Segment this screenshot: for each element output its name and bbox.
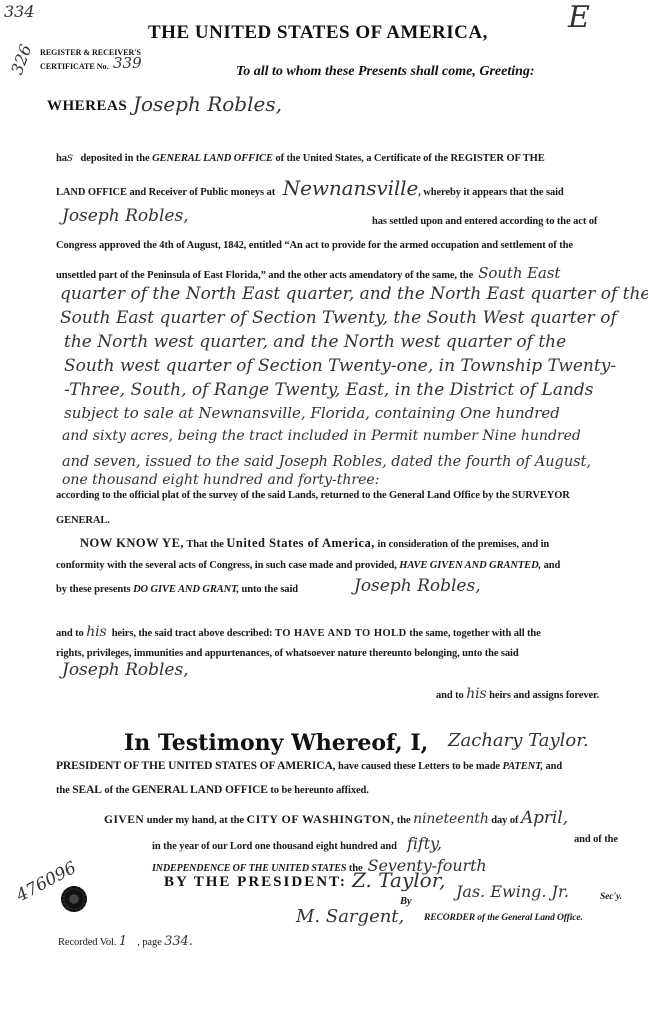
body-line-3: has settled upon and entered according t… [372, 216, 597, 227]
secretary-title: Sec'y. [600, 892, 622, 902]
body-line-1: has deposited in the GENERAL LAND OFFICE… [56, 150, 545, 164]
land-description-line: one thousand eight hundred and forty-thr… [62, 472, 379, 488]
year-line-end: and of the [574, 834, 618, 845]
habendum-line-4: and to his heirs and assigns forever. [436, 686, 599, 702]
land-description-line: South East quarter of Section Twenty, th… [60, 308, 617, 328]
greeting: To all to whom these Presents shall come… [236, 64, 535, 80]
body-line-5: unsettled part of the Peninsula of East … [56, 264, 560, 282]
survey-line: according to the official plat of the su… [56, 490, 570, 501]
given-line: GIVEN under my hand, at the CITY OF WASH… [104, 808, 568, 828]
testimony-line-2: the SEAL of the GENERAL LAND OFFICE to b… [56, 784, 369, 796]
body-line-4: Congress approved the 4th of August, 184… [56, 240, 573, 251]
habendum-line-1: and to his heirs, the said tract above d… [56, 624, 541, 640]
testimony-line-1: PRESIDENT OF THE UNITED STATES OF AMERIC… [56, 760, 562, 772]
land-description-line: South west quarter of Section Twenty-one… [64, 356, 616, 376]
margin-vertical-note: 326 [7, 42, 35, 77]
certificate-number: 339 [113, 54, 142, 72]
land-description-line: subject to sale at Newnansville, Florida… [64, 404, 560, 422]
land-description-line: and seven, issued to the said Joseph Rob… [62, 454, 591, 470]
secretary-signature: Jas. Ewing. Jr. [456, 882, 569, 901]
testimony-heading: In Testimony Whereof, I, [124, 730, 428, 756]
habendum-line-2: rights, privileges, immunities and appur… [56, 648, 519, 659]
general-land-office-seal [61, 886, 87, 912]
grantee-name-2: Joseph Robles, [354, 576, 481, 596]
whereas-label: WHEREAS [47, 98, 127, 115]
president-name: Zachary Taylor. [448, 730, 589, 751]
land-description-line: quarter of the North East quarter, and t… [60, 284, 648, 304]
margin-letter: E [568, 0, 590, 35]
recorder-signature: M. Sargent, [296, 906, 404, 927]
president-signature: Z. Taylor, [352, 868, 445, 892]
grantee-name-3: Joseph Robles, [62, 660, 189, 680]
grantee-name: Joseph Robles, [133, 92, 282, 116]
grant-line-2: conformity with the several acts of Cong… [56, 560, 560, 571]
settler-name: Joseph Robles, [62, 206, 189, 226]
margin-page-number: 334 [4, 2, 35, 21]
body-line-2: LAND OFFICE and Receiver of Public money… [56, 176, 564, 200]
land-description-line: -Three, South, of Range Twenty, East, in… [64, 380, 594, 400]
land-description-line: and sixty acres, being the tract include… [62, 428, 581, 444]
grant-line-3: by these presents DO GIVE AND GRANT, unt… [56, 584, 298, 595]
grant-line-1: NOW KNOW YE, That the United States of A… [80, 536, 549, 551]
land-description-line: the North west quarter, and the North we… [64, 332, 566, 352]
survey-line-2: GENERAL. [56, 515, 110, 526]
recorder-title: RECORDER of the General Land Office. [424, 913, 583, 923]
certificate-number-label: CERTIFICATE No. [40, 62, 108, 71]
by-the-president-label: BY THE PRESIDENT: [164, 874, 347, 891]
year-line: in the year of our Lord one thousand eig… [152, 834, 442, 853]
recorded-line: Recorded Vol. 1 , page 334. [58, 934, 193, 949]
document-title: THE UNITED STATES OF AMERICA, [148, 22, 488, 44]
